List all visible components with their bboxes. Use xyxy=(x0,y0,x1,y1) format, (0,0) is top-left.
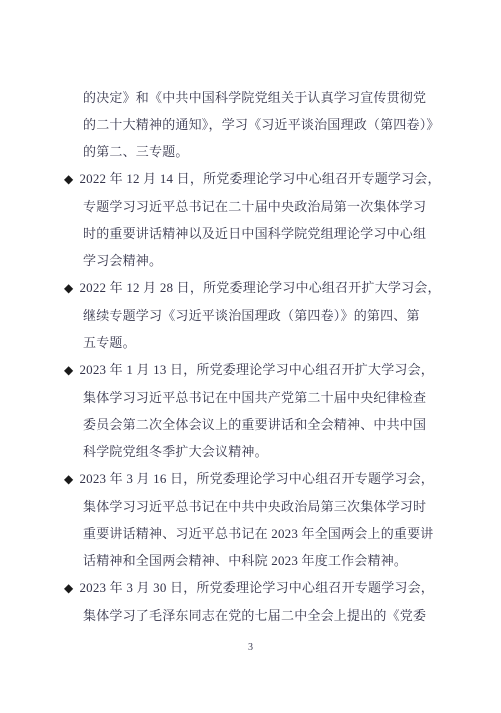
document-page: 的决定》和《中共中国科学院党组关于认真学习宣传贯彻党 的二十大精神的通知》，学习… xyxy=(0,0,501,713)
diamond-bullet-icon: ◆ xyxy=(64,281,73,295)
paragraph-text: 2022 年 12 月 28 日，所党委理论学习中心组召开扩大学习会， 继续专题… xyxy=(79,280,440,350)
paragraph-text: 2023 年 3 月 30 日，所党委理论学习中心组召开专题学习会， 集体学习了… xyxy=(79,580,434,623)
bullet-item-2022-12-14: ◆2022 年 12 月 14 日，所党委理论学习中心组召开专题学习会， 专题学… xyxy=(64,165,449,274)
paragraph-text: 2023 年 3 月 16 日，所党委理论学习中心组召开专题学习会， 集体学习习… xyxy=(79,471,434,568)
diamond-bullet-icon: ◆ xyxy=(64,472,73,486)
bullet-item-2023-03-16: ◆2023 年 3 月 16 日，所党委理论学习中心组召开专题学习会， 集体学习… xyxy=(64,465,449,574)
diamond-bullet-icon: ◆ xyxy=(64,172,73,186)
bullet-item-2023-01-13: ◆2023 年 1 月 13 日，所党委理论学习中心组召开扩大学习会， 集体学习… xyxy=(64,356,449,465)
diamond-bullet-icon: ◆ xyxy=(64,581,73,595)
document-body: 的决定》和《中共中国科学院党组关于认真学习宣传贯彻党 的二十大精神的通知》，学习… xyxy=(64,84,449,629)
bullet-item-2022-12-28: ◆2022 年 12 月 28 日，所党委理论学习中心组召开扩大学习会， 继续专… xyxy=(64,274,449,356)
diamond-bullet-icon: ◆ xyxy=(64,363,73,377)
paragraph-text: 的决定》和《中共中国科学院党组关于认真学习宣传贯彻党 的二十大精神的通知》，学习… xyxy=(83,90,440,159)
paragraph-text: 2023 年 1 月 13 日，所党委理论学习中心组召开扩大学习会， 集体学习习… xyxy=(79,362,434,459)
bullet-item-2023-03-30: ◆2023 年 3 月 30 日，所党委理论学习中心组召开专题学习会， 集体学习… xyxy=(64,574,449,629)
page-number: 3 xyxy=(0,642,501,653)
continuation-paragraph: 的决定》和《中共中国科学院党组关于认真学习宣传贯彻党 的二十大精神的通知》，学习… xyxy=(64,84,449,165)
paragraph-text: 2022 年 12 月 14 日，所党委理论学习中心组召开专题学习会， 专题学习… xyxy=(79,171,440,268)
